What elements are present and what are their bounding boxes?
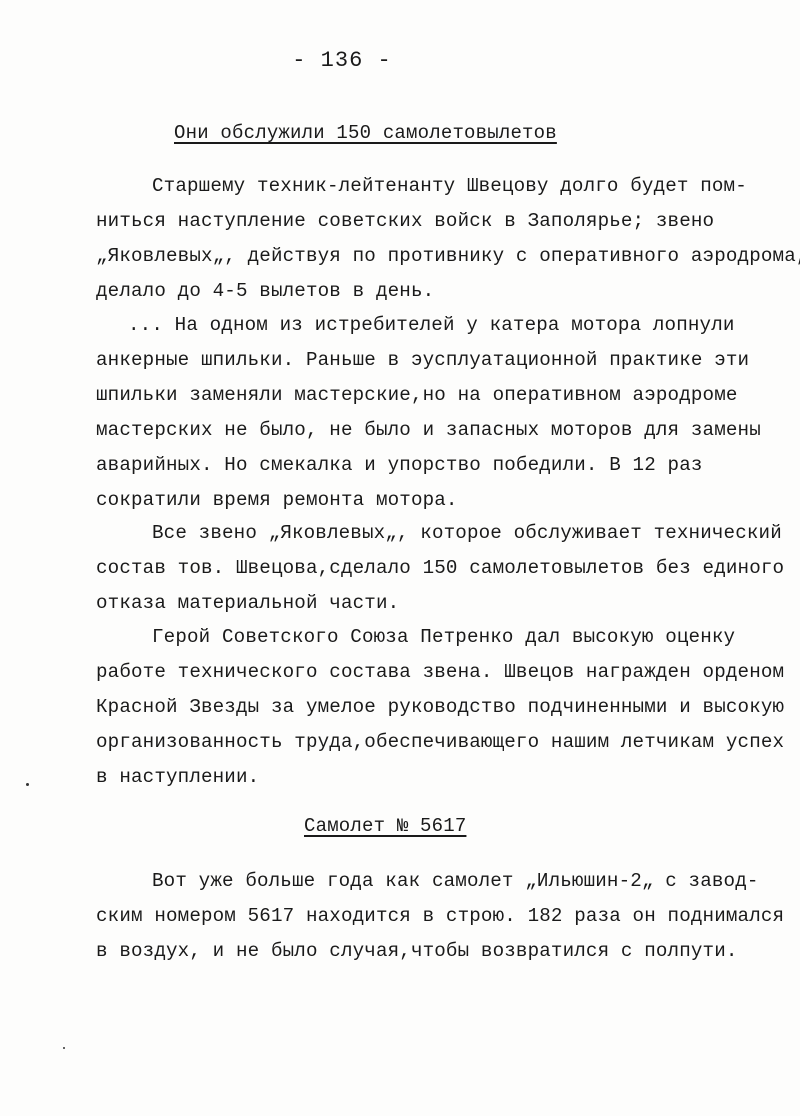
text-line: в наступлении. — [96, 760, 796, 795]
page-number: - 136 - — [0, 48, 684, 73]
text-line: Старшему техник-лейтенанту Швецову долго… — [96, 169, 796, 204]
text-line: в воздух, и не было случая,чтобы возврат… — [96, 934, 796, 969]
text-line: организованность труда,обеспечивающего н… — [96, 725, 796, 760]
text-line: шпильки заменяли мастерские,но на операт… — [96, 378, 796, 413]
text-line: делало до 4-5 вылетов в день. — [96, 274, 796, 309]
paragraph-award: Герой Советского Союза Петренко дал высо… — [96, 620, 796, 795]
scan-speck — [26, 783, 29, 786]
section-heading-sorties: Они обслужили 150 самолетовылетов — [174, 122, 557, 144]
text-line: Все звено „Яковлевых„, которое обслужива… — [96, 516, 796, 551]
text-line: ниться наступление советских войск в Зап… — [96, 204, 796, 239]
paragraph-engine-repair: ... На одном из истребителей у катера мо… — [96, 308, 796, 518]
scan-speck — [63, 1047, 65, 1049]
paragraph-ilyushin: Вот уже больше года как самолет „Ильюшин… — [96, 864, 796, 969]
text-line: работе технического состава звена. Швецо… — [96, 655, 796, 690]
text-line: „Яковлевых„, действуя по противнику с оп… — [96, 239, 796, 274]
text-line: аварийных. Но смекалка и упорство победи… — [96, 448, 796, 483]
text-line: ским номером 5617 находится в строю. 182… — [96, 899, 796, 934]
section-heading-aircraft-5617: Самолет № 5617 — [304, 815, 466, 837]
text-line: состав тов. Швецова,сделало 150 самолето… — [96, 551, 796, 586]
text-line: ... На одном из истребителей у катера мо… — [96, 308, 796, 343]
paragraph-shvetsov-intro: Старшему техник-лейтенанту Швецову долго… — [96, 169, 796, 309]
text-line: Герой Советского Союза Петренко дал высо… — [96, 620, 796, 655]
text-line: Вот уже больше года как самолет „Ильюшин… — [96, 864, 796, 899]
paragraph-flight-record: Все звено „Яковлевых„, которое обслужива… — [96, 516, 796, 621]
text-line: отказа материальной части. — [96, 586, 796, 621]
text-line: мастерских не было, не было и запасных м… — [96, 413, 796, 448]
text-line: Красной Звезды за умелое руководство под… — [96, 690, 796, 725]
text-line: сократили время ремонта мотора. — [96, 483, 796, 518]
document-page: - 136 - Они обслужили 150 самолетовылето… — [0, 0, 800, 1116]
text-line: анкерные шпильки. Раньше в эусплуатацион… — [96, 343, 796, 378]
